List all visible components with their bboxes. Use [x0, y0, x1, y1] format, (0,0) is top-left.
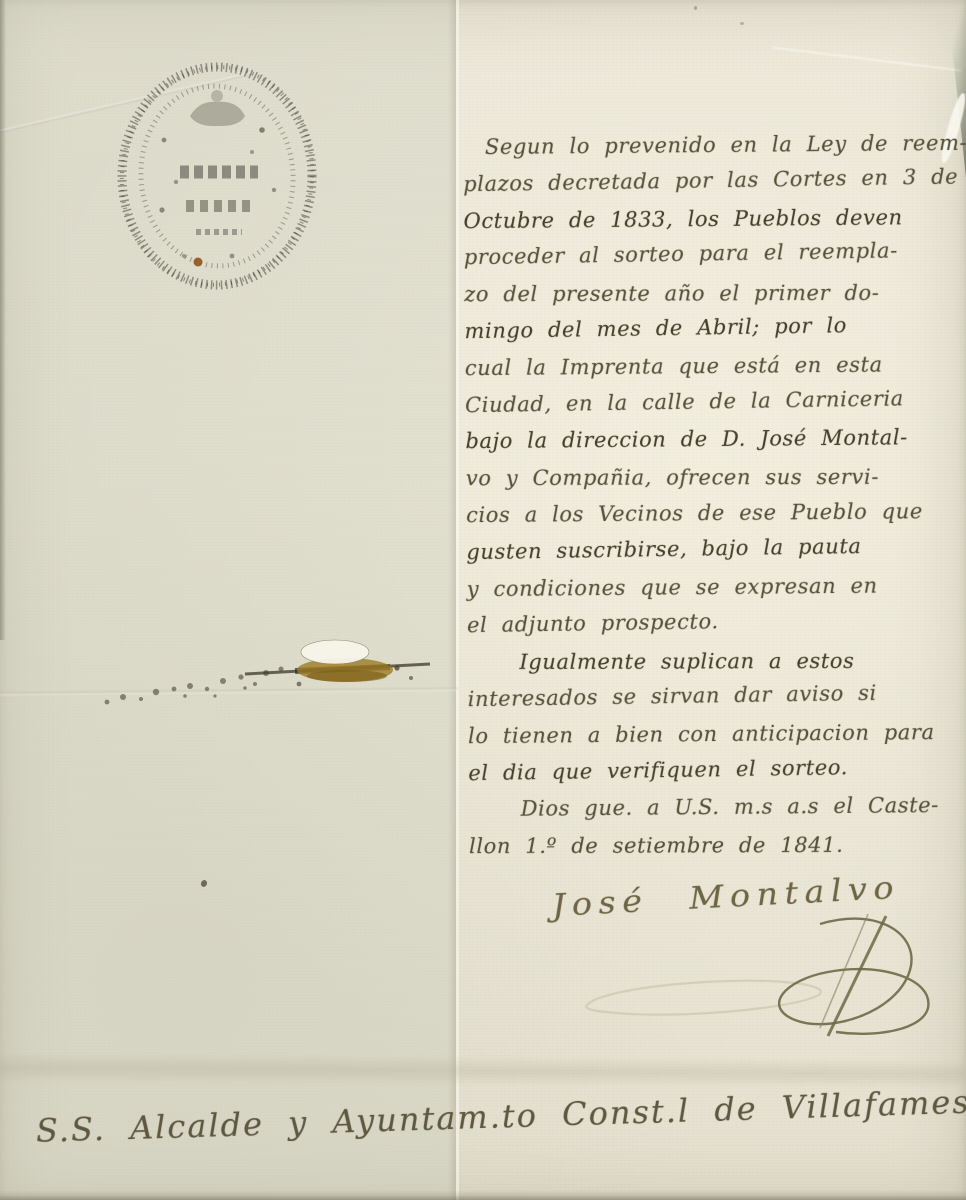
manuscript-line: llon 1.º de setiembre de 1841.: [469, 833, 966, 872]
manuscript-line: Ciudad, en la calle de la Carniceria: [465, 385, 966, 430]
manuscript-line: plazos decretada por las Cortes en 3 de: [463, 164, 964, 209]
manuscript-line: interesados se sirvan dar aviso si: [467, 679, 966, 724]
scan-edge-bottom: [0, 1190, 966, 1200]
fold-shadow: [448, 0, 456, 1200]
ink-smudge: [95, 628, 445, 718]
manuscript-line: proceder al sorteo para el reempla-: [464, 238, 965, 283]
manuscript-line: Dios gue. a U.S. m.s a.s el Caste-: [469, 793, 966, 834]
letter-body: Segun lo prevenido en la Ley de reem-pla…: [463, 131, 966, 871]
manuscript-line: gusten suscribirse, bajo la pauta: [466, 532, 966, 577]
manuscript-line: el dia que verifiquen el sorteo.: [468, 753, 966, 798]
scanned-letter-page: Segun lo prevenido en la Ley de reem-pla…: [0, 0, 966, 1200]
manuscript-line: mingo del mes de Abril; por lo: [464, 311, 965, 356]
oval-ink-stamp-icon: [112, 60, 322, 295]
scan-edge-left: [0, 0, 6, 640]
ink-speck: [740, 22, 744, 25]
fold-crease-line: [456, 0, 459, 1200]
manuscript-line: el adjunto prospecto.: [467, 606, 966, 651]
manuscript-line: vo y Compañia, ofrecen sus servi-: [466, 465, 966, 504]
ink-speck: [694, 6, 697, 10]
signature-rubric-flourish: [568, 912, 960, 1040]
paper-crease: [773, 46, 962, 71]
manuscript-line: bajo la direccion de D. José Montal-: [465, 425, 965, 466]
